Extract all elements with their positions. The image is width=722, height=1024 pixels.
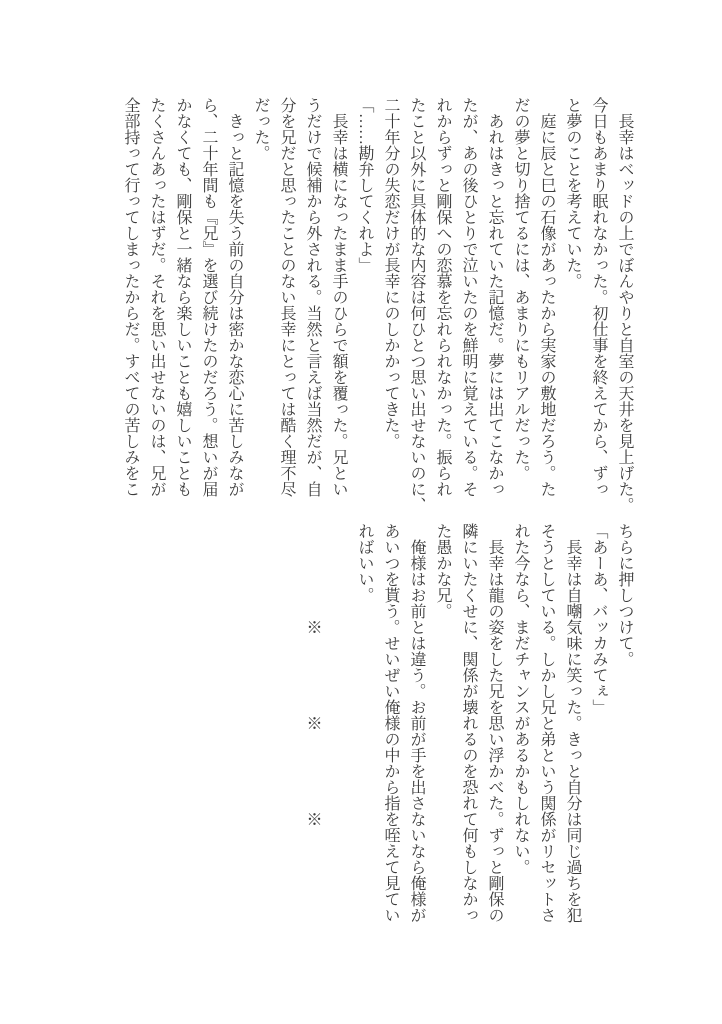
text-line: 隣にいたくせに、関係が壊れるのを恐れて何もしなかっ	[455, 523, 481, 923]
text-line: たこと以外に具体的な内容は何ひとつ思い出せないのに、	[403, 97, 429, 513]
text-line: 長幸は自嘲気味に笑った。きっと自分は同じ過ちを犯	[559, 523, 585, 923]
text-line: 今日もあまり眠れなかった。初仕事を終えてから、ずっ	[585, 97, 611, 513]
text-line: ればいい。	[351, 523, 377, 923]
text-line: れた今なら、まだチャンスがあるかもしれない。	[507, 523, 533, 923]
text-line: だの夢と切り捨てるには、あまりにもリアルだった。	[507, 97, 533, 513]
text-line: 「あーあ、バッカみてぇ」	[585, 523, 611, 923]
text-line: た愚かな兄。	[429, 523, 455, 923]
text-line: 分を兄だと思ったことのない長幸にとっては酷く理不尽	[273, 97, 299, 513]
upper-text-block: 長幸はベッドの上でぼんやりと自室の天井を見上げた。今日もあまり眠れなかった。初仕…	[117, 97, 637, 513]
text-line: うだけで候補から外される。当然と言えば当然だが、自	[299, 97, 325, 513]
text-line: かなくても、剛保と一緒なら楽しいことも嬉しいことも	[169, 97, 195, 513]
text-line: 二十年分の失恋だけが長幸にのしかかってきた。	[377, 97, 403, 513]
text-line: たくさんあったはずだ。それを思い出せないのは、兄が	[143, 97, 169, 513]
text-line: 俺様はお前とは違う。お前が手を出さないなら俺様が	[403, 523, 429, 923]
text-line: 長幸はベッドの上でぼんやりと自室の天井を見上げた。	[611, 97, 637, 513]
text-line: きっと記憶を失う前の自分は密かな恋心に苦しみなが	[221, 97, 247, 513]
text-line: あいつを貰う。せいぜい俺様の中から指を咥えて見てい	[377, 523, 403, 923]
section-separator-line: ※ ※ ※	[299, 523, 325, 923]
text-line: 全部持って行ってしまったからだ。すべての苦しみをこ	[117, 97, 143, 513]
novel-page: 長幸はベッドの上でぼんやりと自室の天井を見上げた。今日もあまり眠れなかった。初仕…	[0, 0, 722, 1024]
text-line: 「……勘弁してくれよ」	[351, 97, 377, 513]
text-line: 長幸は横になったまま手のひらで額を覆った。兄とい	[325, 97, 351, 513]
text-line: と夢のことを考えていた。	[559, 97, 585, 513]
lower-text-block: ちらに押しつけて。「あーあ、バッカみてぇ」 長幸は自嘲気味に笑った。きっと自分は…	[299, 523, 637, 923]
text-line: たが、あの後ひとりで泣いたのを鮮明に覚えている。そ	[455, 97, 481, 513]
text-line: れからずっと剛保への恋慕を忘れられなかった。振られ	[429, 97, 455, 513]
text-line: あれはきっと忘れていた記憶だ。夢には出てこなかっ	[481, 97, 507, 513]
text-line	[325, 523, 351, 923]
text-line: ら、二十年間も『兄』を選び続けたのだろう。想いが届	[195, 97, 221, 513]
text-line: だった。	[247, 97, 273, 513]
text-line: 長幸は龍の姿をした兄を思い浮かべた。ずっと剛保の	[481, 523, 507, 923]
text-line: 庭に辰と巳の石像があったから実家の敷地だろう。た	[533, 97, 559, 513]
text-line: そうとしている。しかし兄と弟という関係がリセットさ	[533, 523, 559, 923]
text-line: ちらに押しつけて。	[611, 523, 637, 923]
